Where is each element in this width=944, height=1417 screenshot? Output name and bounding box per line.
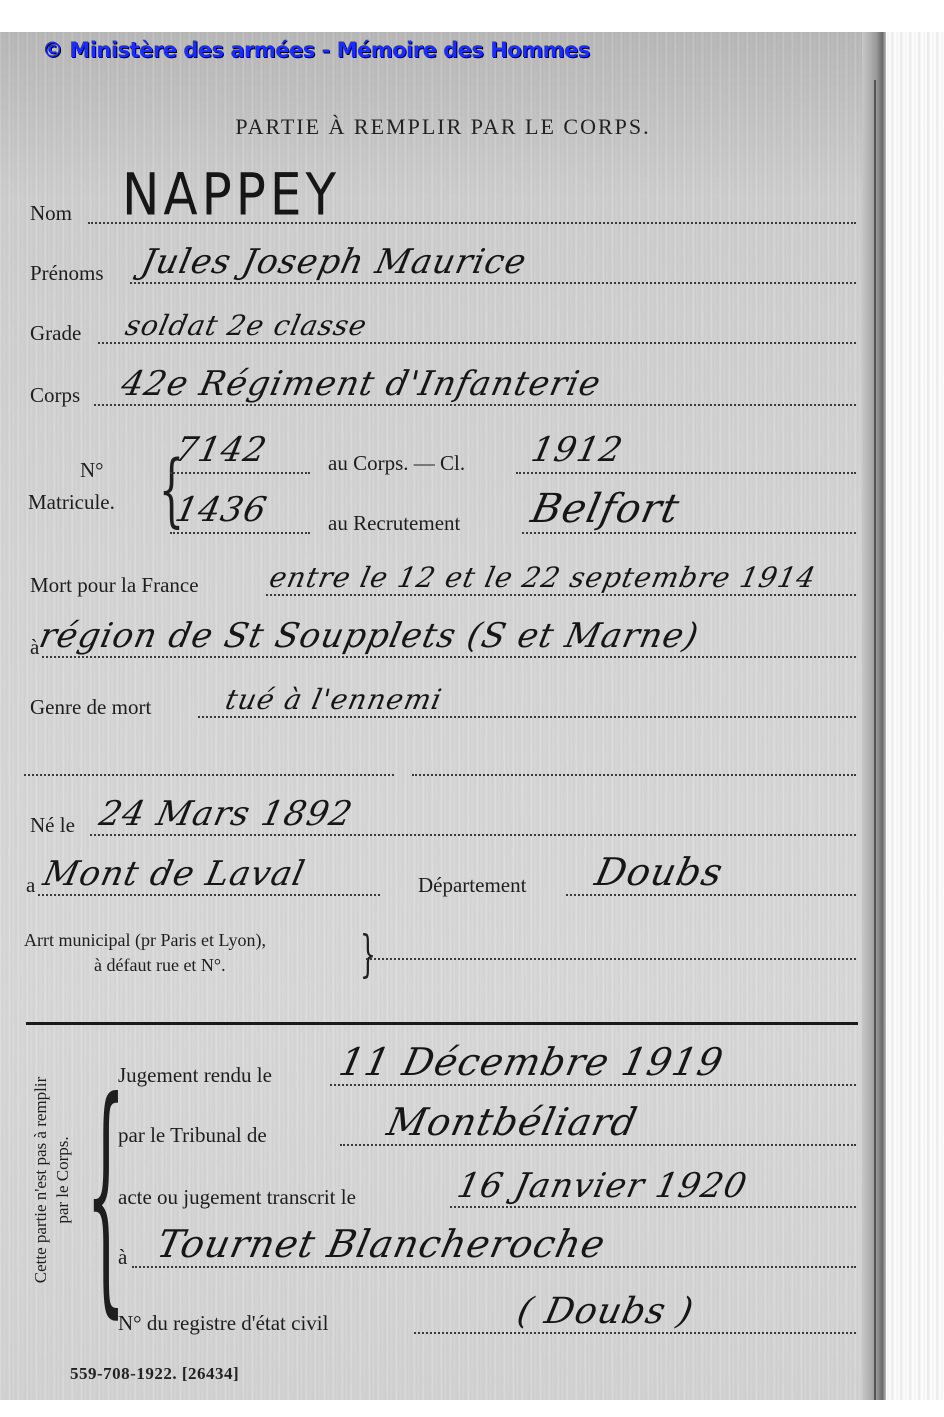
tribunal-dotted-line (340, 1144, 856, 1146)
lieu-mort-value: région de St Soupplets (S et Marne) (36, 616, 703, 656)
ne-le-value: 24 Mars 1892 (96, 794, 357, 834)
matricule-no-label: N° (80, 458, 104, 483)
corps-value: 42e Régiment d'Infanterie (118, 364, 605, 404)
registre-label: N° du registre d'état civil (118, 1311, 328, 1336)
section-divider (26, 1022, 858, 1025)
genre-de-mort-label: Genre de mort (30, 695, 151, 720)
ne-le-label: Né le (30, 813, 75, 838)
classe-value: 1912 (528, 430, 627, 470)
field-registre: N° du registre d'état civil ( Doubs ) (118, 1300, 856, 1340)
departement-value: Doubs (591, 850, 727, 894)
departement-dotted-line (566, 894, 856, 896)
transcrit-value: 16 Janvier 1920 (454, 1166, 751, 1206)
grade-dotted-line (98, 342, 856, 344)
jugement-rendu-value: 11 Décembre 1919 (335, 1040, 727, 1084)
recrutement-dotted-line (170, 532, 310, 534)
mort-dotted-line (266, 594, 856, 596)
grade-value: soldat 2e classe (122, 309, 370, 342)
matricule-corps-row: 7142 au Corps. — Cl. 1912 (170, 440, 856, 480)
arrondissement-brace: } (360, 926, 376, 982)
recrutement-value: 1436 (172, 490, 271, 530)
arrondissement-label-line1: Arrt municipal (pr Paris et Lyon), (24, 930, 266, 951)
registre-dotted-line (414, 1332, 856, 1334)
blank-dotted-line-right (412, 774, 856, 776)
transcrit-lieu-label: à (118, 1245, 127, 1270)
blank-dotted-line-left (24, 774, 394, 776)
field-prenoms: Prénoms Jules Joseph Maurice (30, 250, 856, 290)
recrutement-place-dotted-line (522, 532, 856, 534)
matricule-recrutement-row: 1436 au Recrutement Belfort (170, 500, 856, 540)
blank-line (30, 742, 856, 782)
card-edge-line (874, 80, 876, 1400)
recrutement-label: au Recrutement (328, 511, 460, 536)
lieu-mort-dotted-line (42, 656, 856, 658)
ne-a-dotted-line (38, 894, 380, 896)
transcrit-lieu-dotted-line (132, 1266, 856, 1268)
registre-value: ( Doubs ) (514, 1291, 698, 1332)
scan-margin (886, 32, 944, 1400)
mort-pour-la-france-value: entre le 12 et le 22 septembre 1914 (266, 561, 819, 594)
transcrit-lieu-value: Tournet Blancheroche (153, 1222, 609, 1266)
prenoms-label: Prénoms (30, 261, 104, 286)
au-corps-label: au Corps. — Cl. (328, 451, 465, 476)
field-grade: Grade soldat 2e classe (30, 310, 856, 350)
print-reference: 559-708-1922. [26434] (70, 1364, 239, 1384)
classe-dotted-line (516, 472, 856, 474)
prenoms-dotted-line (130, 282, 856, 284)
mort-pour-la-france-label: Mort pour la France (30, 573, 199, 598)
corps-label: Corps (30, 383, 80, 408)
grade-label: Grade (30, 321, 81, 346)
ne-a-value: Mont de Laval (40, 854, 309, 894)
field-corps: Corps 42e Régiment d'Infanterie (30, 372, 856, 412)
transcrit-label: acte ou jugement transcrit le (118, 1185, 356, 1210)
field-lieu-mort: à région de St Soupplets (S et Marne) (30, 624, 856, 664)
genre-de-mort-value: tué à l'ennemi (222, 683, 445, 716)
form-title: PARTIE À REMPLIR PAR LE CORPS. (0, 114, 886, 140)
arrondissement-dotted-line (366, 958, 856, 960)
jugement-rendu-label: Jugement rendu le (118, 1063, 272, 1088)
field-ne-a: a Mont de Laval Département Doubs (30, 862, 856, 902)
ne-le-dotted-line (90, 834, 856, 836)
field-genre-de-mort: Genre de mort tué à l'ennemi (30, 684, 856, 724)
nom-label: Nom (30, 201, 72, 226)
matricule-label: Matricule. (28, 490, 115, 515)
transcrit-dotted-line (450, 1206, 856, 1208)
field-ne-le: Né le 24 Mars 1892 (30, 802, 856, 842)
arrondissement-label-line2: à défaut rue et N°. (94, 955, 226, 976)
departement-label: Département (418, 873, 526, 898)
field-mort-pour-la-france: Mort pour la France entre le 12 et le 22… (30, 562, 856, 602)
nom-value: NAPPEY (122, 162, 340, 229)
ne-a-label: a (26, 873, 35, 898)
au-corps-dotted-line (170, 472, 310, 474)
tribunal-value: Montbéliard (383, 1100, 641, 1144)
au-corps-value: 7142 (172, 430, 271, 470)
corps-dotted-line (94, 404, 856, 406)
field-transcrit: acte ou jugement transcrit le 16 Janvier… (118, 1174, 856, 1214)
jugement-rendu-dotted-line (330, 1084, 856, 1086)
field-nom: Nom NAPPEY (30, 190, 856, 230)
genre-de-mort-dotted-line (198, 716, 856, 718)
recrutement-place-value: Belfort (527, 486, 684, 532)
field-tribunal: par le Tribunal de Montbéliard (118, 1112, 856, 1152)
prenoms-value: Jules Joseph Maurice (138, 242, 531, 282)
tribunal-label: par le Tribunal de (118, 1123, 267, 1148)
field-transcrit-lieu: à Tournet Blancheroche (118, 1234, 856, 1274)
copyright-watermark: © Ministère des armées - Mémoire des Hom… (42, 38, 590, 62)
field-jugement-rendu: Jugement rendu le 11 Décembre 1919 (118, 1052, 856, 1092)
